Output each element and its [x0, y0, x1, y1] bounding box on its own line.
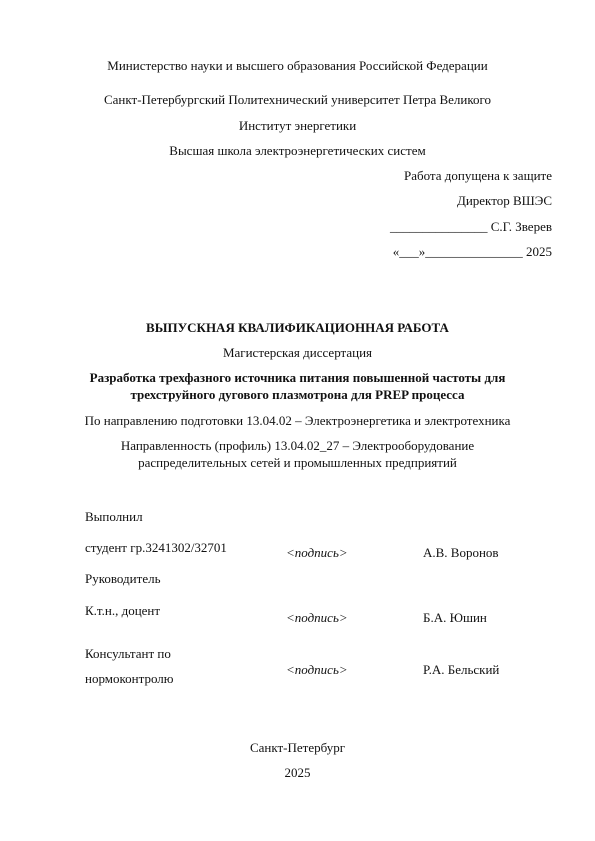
- director-position: Директор ВШЭС: [457, 193, 552, 209]
- study-direction: По направлению подготовки 13.04.02 – Эле…: [0, 413, 595, 429]
- document-type: ВЫПУСКНАЯ КВАЛИФИКАЦИОННАЯ РАБОТА: [0, 320, 595, 336]
- person-name: А.В. Воронов: [423, 545, 499, 561]
- signature-placeholder: <подпись>: [286, 545, 348, 561]
- year: 2025: [0, 765, 595, 781]
- director-signature-line: _______________ С.Г. Зверев: [390, 219, 552, 235]
- ministry-name: Министерство науки и высшего образования…: [0, 58, 595, 74]
- role-detail: нормоконтролю: [85, 671, 173, 687]
- topic-line-2: трехструйного дугового плазмотрона для P…: [0, 387, 595, 403]
- admitted-label: Работа допущена к защите: [404, 168, 552, 184]
- role-label: Руководитель: [85, 571, 161, 587]
- role-label: Консультант по: [85, 646, 171, 662]
- signature-placeholder: <подпись>: [286, 662, 348, 678]
- role-detail: студент гр.3241302/32701: [85, 540, 227, 556]
- profile-line-2: распределительных сетей и промышленных п…: [0, 455, 595, 471]
- document-subtype: Магистерская диссертация: [0, 345, 595, 361]
- role-detail: К.т.н., доцент: [85, 603, 160, 619]
- university-name: Санкт-Петербургский Политехнический унив…: [0, 92, 595, 108]
- school-name: Высшая школа электроэнергетических систе…: [0, 143, 595, 159]
- profile-line-1: Направленность (профиль) 13.04.02_27 – Э…: [0, 438, 595, 454]
- approval-date-line: «___»_______________ 2025: [393, 244, 552, 260]
- role-label: Выполнил: [85, 509, 143, 525]
- topic-line-1: Разработка трехфазного источника питания…: [0, 370, 595, 386]
- signature-placeholder: <подпись>: [286, 610, 348, 626]
- city: Санкт-Петербург: [0, 740, 595, 756]
- person-name: Р.А. Бельский: [423, 662, 499, 678]
- institute-name: Институт энергетики: [0, 118, 595, 134]
- person-name: Б.А. Юшин: [423, 610, 487, 626]
